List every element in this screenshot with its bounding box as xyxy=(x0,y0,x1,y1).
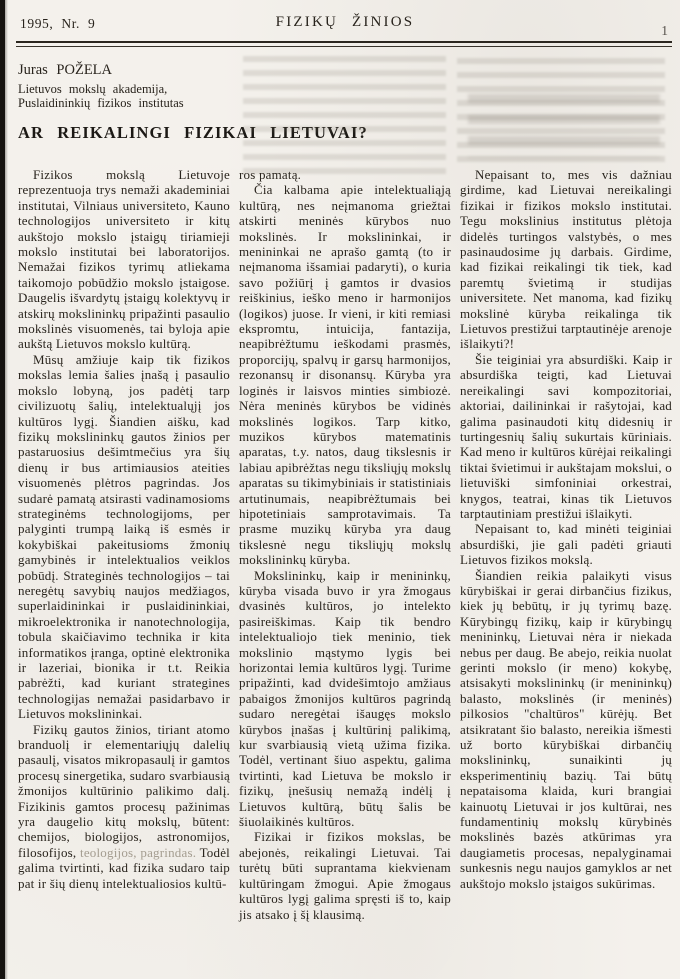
body-paragraph: Nepaisant to, kad minėti teiginiai absur… xyxy=(460,521,672,567)
body-paragraph: Šie teiginiai yra absurdiški. Kaip ir ab… xyxy=(460,352,672,521)
article-body: Fizikos mokslą Lietuvoje reprezentuoja t… xyxy=(18,167,672,967)
header-double-rule xyxy=(16,41,672,47)
scan-edge-shadow xyxy=(5,0,8,979)
body-paragraph-continuation: ros pamatą. xyxy=(239,167,451,182)
page-number: 1 xyxy=(661,23,668,39)
body-paragraph: Nepaisant to, mes vis dažniau girdime, k… xyxy=(460,167,672,352)
author-affiliation-1: Lietuvos mokslų akademija, xyxy=(18,82,184,96)
page-header: 1995, Nr. 9 FIZIKŲ ŽINIOS 1 xyxy=(18,10,672,40)
author-block: Juras POŽELA Lietuvos mokslų akademija, … xyxy=(18,62,184,110)
bleed-through-artifact xyxy=(457,58,665,170)
author-affiliation-2: Puslaidininkių fizikos institutas xyxy=(18,96,184,110)
article-title: AR REIKALINGI FIZIKAI LIETUVAI? xyxy=(18,123,368,143)
text-column-3: Nepaisant to, mes vis dažniau girdime, k… xyxy=(460,167,672,967)
bleed-through-artifact xyxy=(468,94,660,158)
body-paragraph: Šiandien reikia palaikyti visus kūrybišk… xyxy=(460,568,672,892)
body-paragraph: Fizikų gautos žinios, tiriant atomo bran… xyxy=(18,722,230,891)
bleed-through-artifact xyxy=(243,56,446,174)
paragraph-text: Fizikų gautos žinios, tiriant atomo bran… xyxy=(18,722,230,860)
scanned-journal-page: 1995, Nr. 9 FIZIKŲ ŽINIOS 1 Juras POŽELA… xyxy=(0,0,680,979)
body-paragraph: Mokslininkų, kaip ir menininkų, kūryba v… xyxy=(239,568,451,830)
text-column-2: ros pamatą. Čia kalbama apie intelektual… xyxy=(239,167,451,967)
author-name: Juras POŽELA xyxy=(18,62,184,79)
text-column-1: Fizikos mokslą Lietuvoje reprezentuoja t… xyxy=(18,167,230,967)
journal-title: FIZIKŲ ŽINIOS xyxy=(18,14,672,31)
body-paragraph: Čia kalbama apie intelektualiąją kultūrą… xyxy=(239,182,451,567)
faded-smudged-text: teologijos, pagrindas. xyxy=(80,845,196,860)
body-paragraph: Mūsų amžiuje kaip tik fizikos mokslas le… xyxy=(18,352,230,722)
body-paragraph: Fizikai ir fizikos mokslas, be abejonės,… xyxy=(239,829,451,921)
body-paragraph: Fizikos mokslą Lietuvoje reprezentuoja t… xyxy=(18,167,230,352)
